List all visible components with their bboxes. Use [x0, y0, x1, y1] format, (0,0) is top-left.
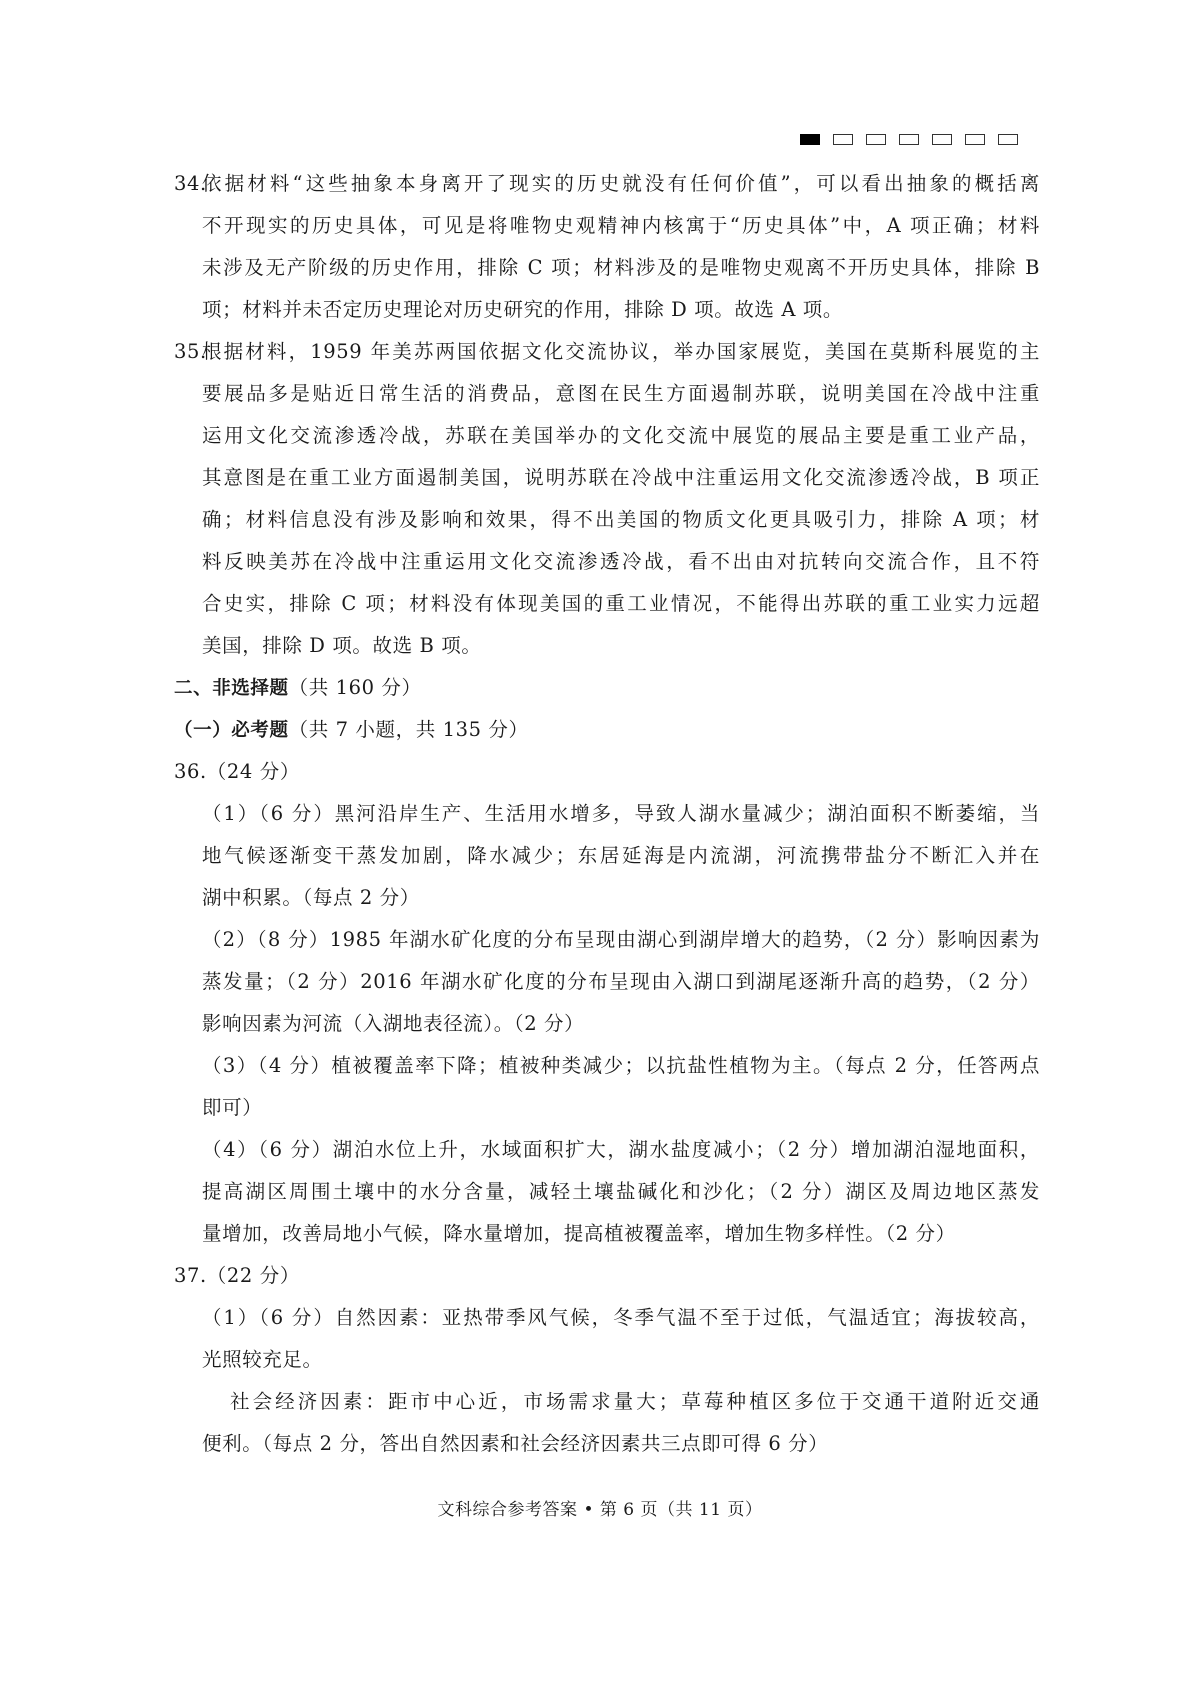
question-37-header: 37.（22 分）: [174, 1255, 1040, 1297]
text-line: 地气候逐渐变干蒸发加剧，降水减少；东居延海是内流湖，河流携带盐分不断汇入并在: [202, 835, 1040, 877]
question-number: 34.: [174, 163, 202, 205]
text-line: 项；材料并未否定历史理论对历史研究的作用，排除 D 项。故选 A 项。: [202, 289, 1040, 331]
page-marker: [998, 134, 1018, 145]
text-line: 要展品多是贴近日常生活的消费品，意图在民生方面遏制苏联，说明美国在冷战中注重: [202, 373, 1040, 415]
text-line: （1）（6 分）黑河沿岸生产、生活用水增多，导致人湖水量减少；湖泊面积不断萎缩，…: [202, 793, 1040, 835]
question-number: 35.: [174, 331, 202, 373]
text-line: （4）（6 分）湖泊水位上升，水域面积扩大，湖水盐度减小；（2 分）增加湖泊湿地…: [202, 1129, 1040, 1171]
section-heading: 二、非选择题（共 160 分）: [174, 667, 1040, 709]
page-marker: [899, 134, 919, 145]
text-line: 未涉及无产阶级的历史作用，排除 C 项；材料涉及的是唯物史观离不开历史具体，排除…: [202, 247, 1040, 289]
question-36-part-2: （2）（8 分）1985 年湖水矿化度的分布呈现由湖心到湖岸增大的趋势，（2 分…: [174, 919, 1040, 1045]
text-line: 其意图是在重工业方面遏制美国，说明苏联在冷战中注重运用文化交流渗透冷战，B 项正: [202, 457, 1040, 499]
question-37-part-1: （1）（6 分）自然因素：亚热带季风气候，冬季气温不至于过低，气温适宜；海拔较高…: [174, 1297, 1040, 1381]
question-36-part-3: （3）（4 分）植被覆盖率下降；植被种类减少；以抗盐性植物为主。（每点 2 分，…: [174, 1045, 1040, 1129]
subsection-title: （一）必考题: [174, 720, 289, 741]
page-marker: [965, 134, 985, 145]
question-35: 35. 根据材料，1959 年美苏两国依据文化交流协议，举办国家展览，美国在莫斯…: [174, 331, 1040, 667]
text-line: 合史实，排除 C 项；材料没有体现美国的重工业情况，不能得出苏联的重工业实力远超: [202, 583, 1040, 625]
subsection-heading: （一）必考题（共 7 小题，共 135 分）: [174, 709, 1040, 751]
page-marker: [866, 134, 886, 145]
page-footer: 文科综合参考答案 • 第 6 页（共 11 页）: [0, 1495, 1200, 1520]
page-marker-filled: [800, 134, 820, 145]
text-line: 光照较充足。: [202, 1339, 1040, 1381]
section-title: 二、非选择题: [174, 678, 289, 699]
text-line: 料反映美苏在冷战中注重运用文化交流渗透冷战，看不出由对抗转向交流合作，且不符: [202, 541, 1040, 583]
text-line: 湖中积累。（每点 2 分）: [202, 877, 1040, 919]
text-line: 蒸发量；（2 分）2016 年湖水矿化度的分布呈现由入湖口到湖尾逐渐升高的趋势，…: [202, 961, 1040, 1003]
text-line: 提高湖区周围土壤中的水分含量，减轻土壤盐碱化和沙化；（2 分）湖区及周边地区蒸发: [202, 1171, 1040, 1213]
question-34: 34. 依据材料“这些抽象本身离开了现实的历史就没有任何价值”，可以看出抽象的概…: [174, 163, 1040, 331]
text-line: 根据材料，1959 年美苏两国依据文化交流协议，举办国家展览，美国在莫斯科展览的…: [202, 331, 1040, 373]
text-line: 社会经济因素：距市中心近，市场需求量大；草莓种植区多位于交通干道附近交通: [202, 1381, 1040, 1423]
text-line: （2）（8 分）1985 年湖水矿化度的分布呈现由湖心到湖岸增大的趋势，（2 分…: [202, 919, 1040, 961]
text-line: 不开现实的历史具体，可见是将唯物史观精神内核寓于“历史具体”中，A 项正确；材料: [202, 205, 1040, 247]
answer-content: 34. 依据材料“这些抽象本身离开了现实的历史就没有任何价值”，可以看出抽象的概…: [174, 163, 1040, 1465]
text-line: 便利。（每点 2 分，答出自然因素和社会经济因素共三点即可得 6 分）: [202, 1423, 1040, 1465]
text-line: （1）（6 分）自然因素：亚热带季风气候，冬季气温不至于过低，气温适宜；海拔较高…: [202, 1297, 1040, 1339]
subsection-score: （共 7 小题，共 135 分）: [289, 718, 529, 741]
text-line: 运用文化交流渗透冷战，苏联在美国举办的文化交流中展览的展品主要是重工业产品，: [202, 415, 1040, 457]
text-line: 美国，排除 D 项。故选 B 项。: [202, 625, 1040, 667]
question-37-part-1-social: 社会经济因素：距市中心近，市场需求量大；草莓种植区多位于交通干道附近交通 便利。…: [174, 1381, 1040, 1465]
text-line: 影响因素为河流（入湖地表径流）。（2 分）: [202, 1003, 1040, 1045]
page-marker: [833, 134, 853, 145]
text-line: （3）（4 分）植被覆盖率下降；植被种类减少；以抗盐性植物为主。（每点 2 分，…: [202, 1045, 1040, 1087]
text-line: 确；材料信息没有涉及影响和效果，得不出美国的物质文化更具吸引力，排除 A 项；材: [202, 499, 1040, 541]
text-line: 量增加，改善局地小气候，降水量增加，提高植被覆盖率，增加生物多样性。（2 分）: [202, 1213, 1040, 1255]
question-36-part-4: （4）（6 分）湖泊水位上升，水域面积扩大，湖水盐度减小；（2 分）增加湖泊湿地…: [174, 1129, 1040, 1255]
page-marker: [932, 134, 952, 145]
section-score: （共 160 分）: [289, 676, 422, 699]
question-36-header: 36.（24 分）: [174, 751, 1040, 793]
text-line: 依据材料“这些抽象本身离开了现实的历史就没有任何价值”，可以看出抽象的概括离: [202, 163, 1040, 205]
page-markers: [800, 134, 1018, 145]
question-36-part-1: （1）（6 分）黑河沿岸生产、生活用水增多，导致人湖水量减少；湖泊面积不断萎缩，…: [174, 793, 1040, 919]
text-line: 即可）: [202, 1087, 1040, 1129]
